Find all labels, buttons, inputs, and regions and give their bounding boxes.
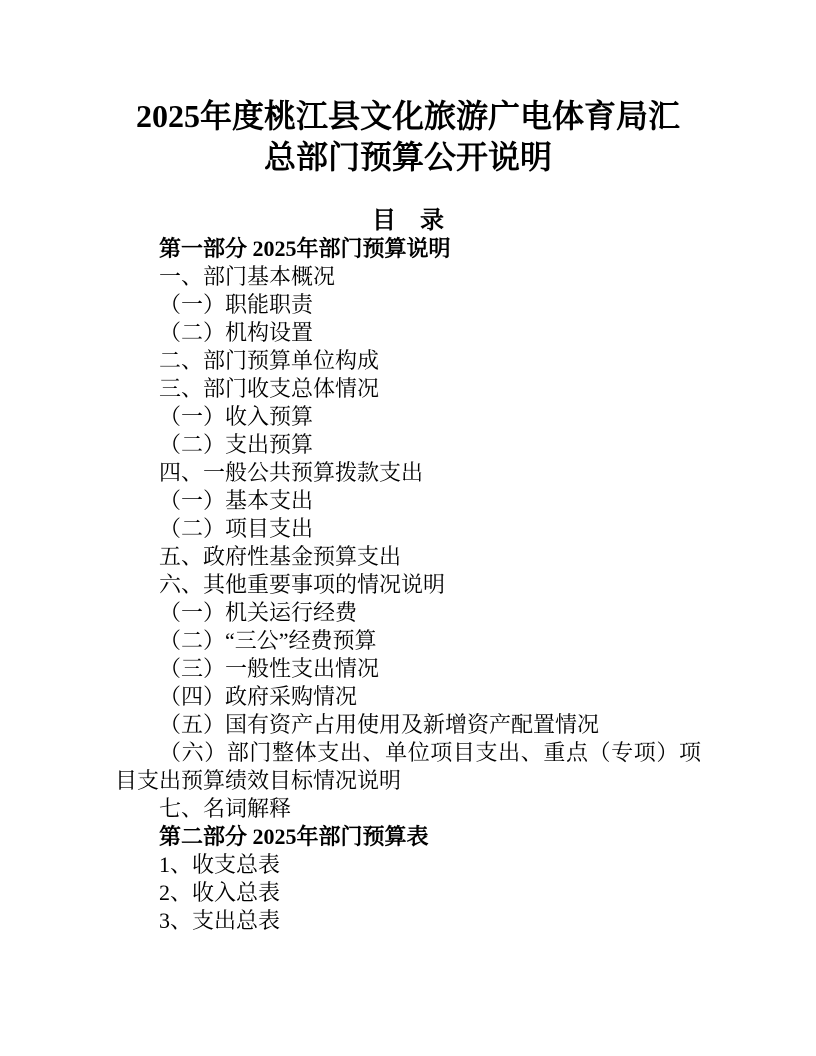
toc-entry: 第二部分 2025年部门预算表 xyxy=(115,823,701,851)
toc-entry: 1、收支总表 xyxy=(115,851,701,879)
toc-entry: （三）一般性支出情况 xyxy=(115,655,701,683)
toc-entry: 四、一般公共预算拨款支出 xyxy=(115,459,701,487)
toc-entry: （二）“三公”经费预算 xyxy=(115,627,701,655)
toc-entry: （一）基本支出 xyxy=(115,487,701,515)
toc-entry: （一）机关运行经费 xyxy=(115,599,701,627)
toc-entry: （二）项目支出 xyxy=(115,515,701,543)
toc-entry: 三、部门收支总体情况 xyxy=(115,375,701,403)
toc-heading: 目 录 xyxy=(115,207,701,235)
toc-entry: （六）部门整体支出、单位项目支出、重点（专项）项目支出预算绩效目标情况说明 xyxy=(115,739,701,795)
toc-entry: 二、部门预算单位构成 xyxy=(115,347,701,375)
document-title-line: 总部门预算公开说明 xyxy=(115,137,701,178)
document-page: 2025年度桃江县文化旅游广电体育局汇总部门预算公开说明 目 录 第一部分 20… xyxy=(115,0,701,935)
toc-entry: （五）国有资产占用使用及新增资产配置情况 xyxy=(115,711,701,739)
toc-entry: 第一部分 2025年部门预算说明 xyxy=(115,235,701,263)
document-title: 2025年度桃江县文化旅游广电体育局汇总部门预算公开说明 xyxy=(115,96,701,178)
toc-entry: 一、部门基本概况 xyxy=(115,263,701,291)
toc-list: 第一部分 2025年部门预算说明一、部门基本概况（一）职能职责（二）机构设置二、… xyxy=(115,235,701,935)
toc-entry: （一）收入预算 xyxy=(115,403,701,431)
toc-entry: （二）机构设置 xyxy=(115,319,701,347)
toc-entry: 2、收入总表 xyxy=(115,879,701,907)
toc-entry: 六、其他重要事项的情况说明 xyxy=(115,571,701,599)
toc-entry: （四）政府采购情况 xyxy=(115,683,701,711)
toc-entry: （二）支出预算 xyxy=(115,431,701,459)
toc-entry: 七、名词解释 xyxy=(115,795,701,823)
toc-entry: （一）职能职责 xyxy=(115,291,701,319)
toc-entry: 五、政府性基金预算支出 xyxy=(115,543,701,571)
document-title-line: 2025年度桃江县文化旅游广电体育局汇 xyxy=(115,96,701,137)
toc-entry: 3、支出总表 xyxy=(115,907,701,935)
